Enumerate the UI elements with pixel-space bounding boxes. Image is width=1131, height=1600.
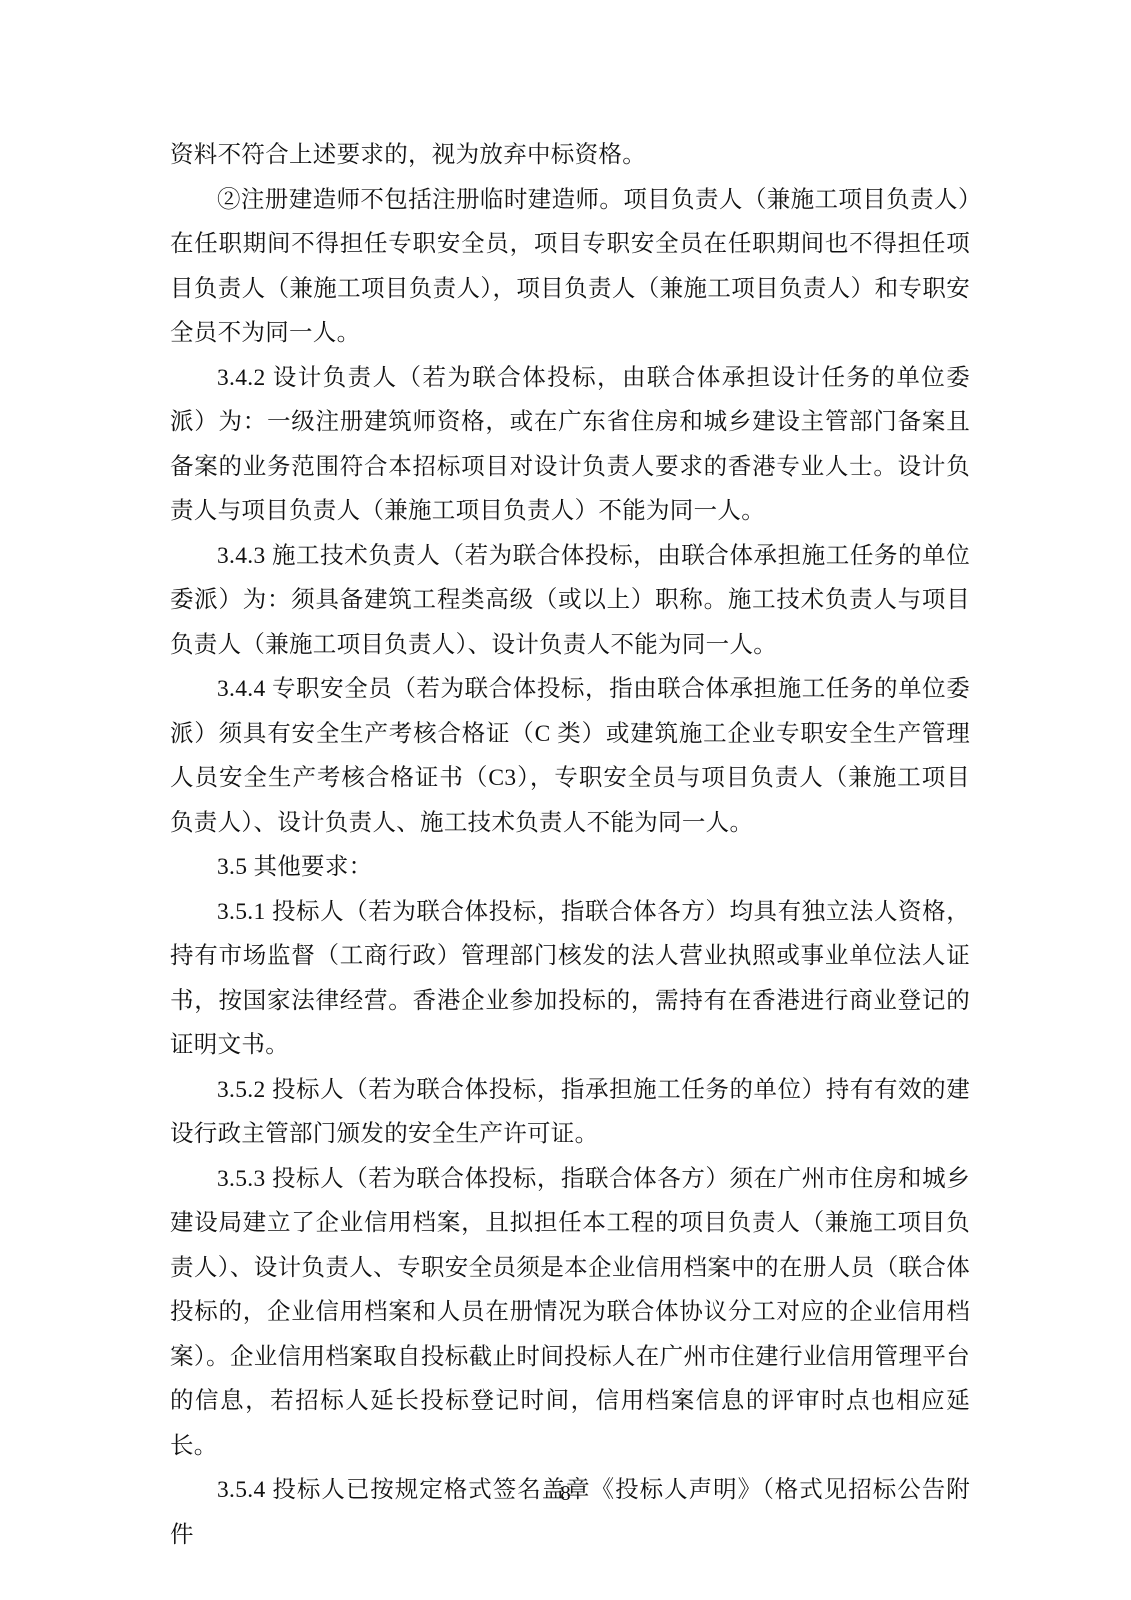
paragraph-clause-3-5: 3.5 其他要求： xyxy=(170,845,970,890)
paragraph-carryover: 资料不符合上述要求的，视为放弃中标资格。 xyxy=(170,133,970,178)
paragraph-clause-3-4-4: 3.4.4 专职安全员（若为联合体投标，指由联合体承担施工任务的单位委派）须具有… xyxy=(170,667,970,845)
paragraph-note-circle2: ②注册建造师不包括注册临时建造师。项目负责人（兼施工项目负责人）在任职期间不得担… xyxy=(170,178,970,356)
paragraph-clause-3-4-3: 3.4.3 施工技术负责人（若为联合体投标，由联合体承担施工任务的单位委派）为：… xyxy=(170,534,970,668)
document-body: 资料不符合上述要求的，视为放弃中标资格。 ②注册建造师不包括注册临时建造师。项目… xyxy=(170,133,970,1557)
paragraph-clause-3-5-2: 3.5.2 投标人（若为联合体投标，指承担施工任务的单位）持有有效的建设行政主管… xyxy=(170,1068,970,1157)
page-number: 8 xyxy=(0,1478,1131,1508)
paragraph-clause-3-5-3: 3.5.3 投标人（若为联合体投标，指联合体各方）须在广州市住房和城乡建设局建立… xyxy=(170,1157,970,1469)
document-page: 资料不符合上述要求的，视为放弃中标资格。 ②注册建造师不包括注册临时建造师。项目… xyxy=(0,0,1131,1600)
paragraph-clause-3-4-2: 3.4.2 设计负责人（若为联合体投标，由联合体承担设计任务的单位委派）为：一级… xyxy=(170,356,970,534)
paragraph-clause-3-5-1: 3.5.1 投标人（若为联合体投标，指联合体各方）均具有独立法人资格，持有市场监… xyxy=(170,890,970,1068)
